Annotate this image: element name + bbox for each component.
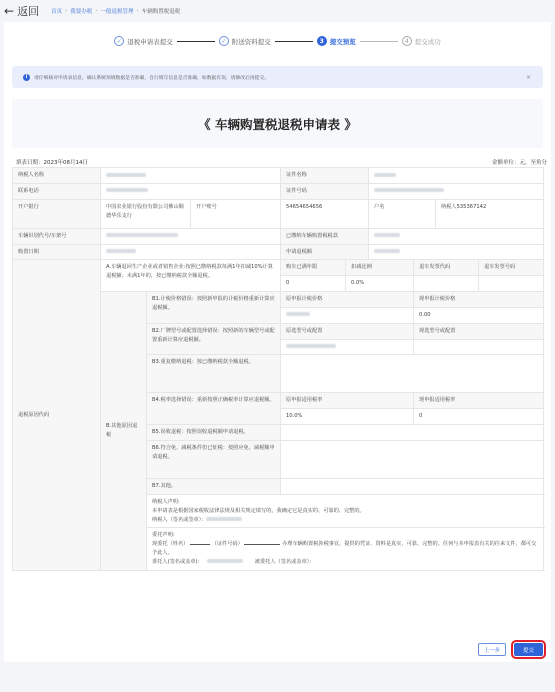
step-connector [275,41,313,42]
a-header-years: 购车已满年限 [281,260,346,276]
b4-header-old: 原申报适用税率 [281,393,414,409]
agent-declaration-title: 委托声明: [152,531,538,540]
a-header-invoice-code: 退车发票代码 [414,260,479,276]
phone-value [101,183,281,199]
check-circle-icon: ✓ [219,36,229,46]
step-label: 提交预览 [330,37,356,46]
a-value-years: 0 [281,276,346,292]
refund-form-table: 纳税人名称 证件名称 联系电话 证件号码 开户银行 中国农业银行股份有限公司佛山… [12,167,544,571]
agent-declaration: 委托声明: 现委托（姓名） （证件号码） 办理车辆购置税涉税事宜，提供的凭证、资… [147,528,544,570]
paid-tax-label: 已缴纳车辆购置税税款 [281,228,369,244]
vin-value [101,228,281,244]
b6-value [281,440,544,478]
fill-date: 填表日期：2023年08月14日 [16,158,88,166]
cert-no-value [369,183,544,199]
main-card: ✓ 退税申请表提交 ✓ 附送资料提交 3 提交预览 4 提交成功 i 请仔细核对… [4,22,551,662]
account-name-label: 户名 [369,199,436,228]
refund-amount-value [369,244,544,260]
info-alert: i 请仔细核对申请表信息，确认系统预填数据是否准确，自行填写信息是否准确，如数据… [12,66,543,88]
reason-b1: B1.计税价格错误：按照新申报的计税价格重新计算应退税额。 [147,292,281,324]
chevron-right-icon: › [65,8,67,14]
agent-text-1: 现委托（姓名） [152,541,188,547]
bank-label: 开户银行 [13,199,101,228]
taxpayer-sign-label: 纳税人（签名或签章）： [152,517,206,523]
reason-b5: B5.误收退税：按照误收退税额申请退税。 [147,425,281,441]
b2-header-old: 原选型号或配置 [281,323,414,339]
step-label: 附送资料提交 [232,37,271,46]
taxpayer-signature: 纳税人（签名或签章）： [152,516,538,525]
phone-label: 联系电话 [13,183,101,199]
reason-a: A.车辆退回生产企业或者销售企业:按照已缴纳税款每满1年扣减10%计算退税额；未… [101,260,281,292]
a-value-invoice-code [414,276,479,292]
agent-text-3: 办理车辆购置税涉税事宜，提供的凭证、资料是真实、可靠、完整的。任何与本申报表有关… [152,541,536,556]
reason-label: 退税原因代码 [13,260,101,570]
reason-b: B.其他原因退税 [101,292,147,571]
agent-sign-label: 被委托人（签名或盖章）： [255,559,315,565]
reason-b7: B7.其他。 [147,478,281,494]
back-label: 返回 [17,3,39,19]
submit-button[interactable]: 提交 [514,643,543,656]
reason-b2: B2.厂牌型号或配置选择错误：按照新的车辆型号或配置重新计算应退税额。 [147,323,281,355]
b1-header-old: 原申报计税价格 [281,292,414,308]
purchase-date-label: 购置日期 [13,244,101,260]
account-value: 54654654656 [281,199,369,228]
amount-unit: 金额单位：元，至角分 [492,158,547,166]
step-4: 4 提交成功 [402,36,441,46]
cert-name-value [369,168,544,184]
a-header-ratio: 扣减比例 [346,260,414,276]
back-button[interactable]: ← 返回 [4,3,39,19]
step-label: 退税申请表提交 [127,37,173,46]
form-title: 《 车辆购置税退税申请表 》 [12,99,543,148]
b2-value-old [281,339,414,355]
taxpayer-name-label: 纳税人名称 [13,168,101,184]
agent-declaration-text: 现委托（姓名） （证件号码） 办理车辆购置税涉税事宜，提供的凭证、资料是真实、可… [152,540,538,558]
step-2: ✓ 附送资料提交 [219,36,271,46]
a-value-invoice-no [479,276,544,292]
breadcrumb-home[interactable]: 首页 [51,7,62,15]
form-meta: 填表日期：2023年08月14日 金额单位：元，至角分 [16,158,547,166]
b1-header-new: 现申报计税价格 [414,292,544,308]
breadcrumb-tax[interactable]: 我要办税 [70,7,92,15]
check-circle-icon: ✓ [114,36,124,46]
top-bar: ← 返回 首页 › 我要办税 › 一般退税管理 › 车辆购置税退税 [0,0,555,22]
step-connector [360,41,398,42]
refund-amount-label: 申请退税额 [281,244,369,260]
account-label: 开户账号 [191,199,281,228]
reason-b3: B3.重复缴纳退税：按已缴纳税款全额退税。 [147,355,281,393]
close-icon[interactable]: × [526,74,531,81]
step-label: 提交成功 [415,37,441,46]
agent-signatures: 委托人(签名或盖章)：被委托人（签名或盖章）： [152,558,538,567]
b2-header-new: 现选型号或配置 [414,323,544,339]
a-header-invoice-no: 退车发票号码 [479,260,544,276]
taxpayer-declaration-title: 纳税人声明: [152,498,538,507]
b1-value-new: 0.00 [414,307,544,323]
b4-value-new: 0 [414,409,544,425]
stepper: ✓ 退税申请表提交 ✓ 附送资料提交 3 提交预览 4 提交成功 [4,31,551,51]
step-connector [177,41,215,42]
taxpayer-declaration: 纳税人声明: 本申请表是根据国家税收法律法规及相关规定填写的，我确定它是真实的、… [147,494,544,528]
account-name-value: 纳税人535367142 [436,199,544,228]
reason-b4: B4.税率选择错误：重新按照正确税率计算应退税额。 [147,393,281,425]
cert-name-label: 证件名称 [281,168,369,184]
vin-label: 车辆识别代号/车架号 [13,228,101,244]
step-1: ✓ 退税申请表提交 [114,36,173,46]
bank-value: 中国农业银行股份有限公司佛山顺德华乐支行 [101,199,191,228]
step-3: 3 提交预览 [317,36,356,46]
step-number-icon: 4 [402,36,412,46]
alert-text: 请仔细核对申请表信息，确认系统预填数据是否准确，自行填写信息是否准确，如数据有误… [34,74,269,81]
agent-text-2: （证件号码） [212,541,243,547]
taxpayer-name-value [101,168,281,184]
b7-value [281,478,544,494]
chevron-right-icon: › [95,8,97,14]
purchase-date-value [101,244,281,260]
b4-value-old: 10.0% [281,409,414,425]
cert-no-label: 证件号码 [281,183,369,199]
breadcrumb: 首页 › 我要办税 › 一般退税管理 › 车辆购置税退税 [51,7,180,15]
arrow-left-icon: ← [4,4,14,18]
paid-tax-value [369,228,544,244]
footer [4,662,551,692]
prev-step-button[interactable]: 上一步 [478,643,506,656]
breadcrumb-refund-mgmt[interactable]: 一般退税管理 [101,7,134,15]
chevron-right-icon: › [137,8,139,14]
b4-header-new: 现申报适用税率 [414,393,544,409]
b5-value [281,425,544,441]
b3-value [281,355,544,393]
b2-value-new [414,339,544,355]
taxpayer-declaration-text: 本申请表是根据国家税收法律法规及相关规定填写的，我确定它是真实的、可靠的、完整的… [152,507,538,516]
principal-sign-label: 委托人(签名或盖章)： [152,559,203,565]
step-number-icon: 3 [317,36,327,46]
breadcrumb-current: 车辆购置税退税 [142,7,181,15]
a-value-ratio: 0.0% [346,276,414,292]
info-icon: i [23,74,30,81]
reason-b6: B6.符合免、减税条件但已征税：按照应免、减税额申请退税。 [147,440,281,478]
b1-value-old [281,307,414,323]
